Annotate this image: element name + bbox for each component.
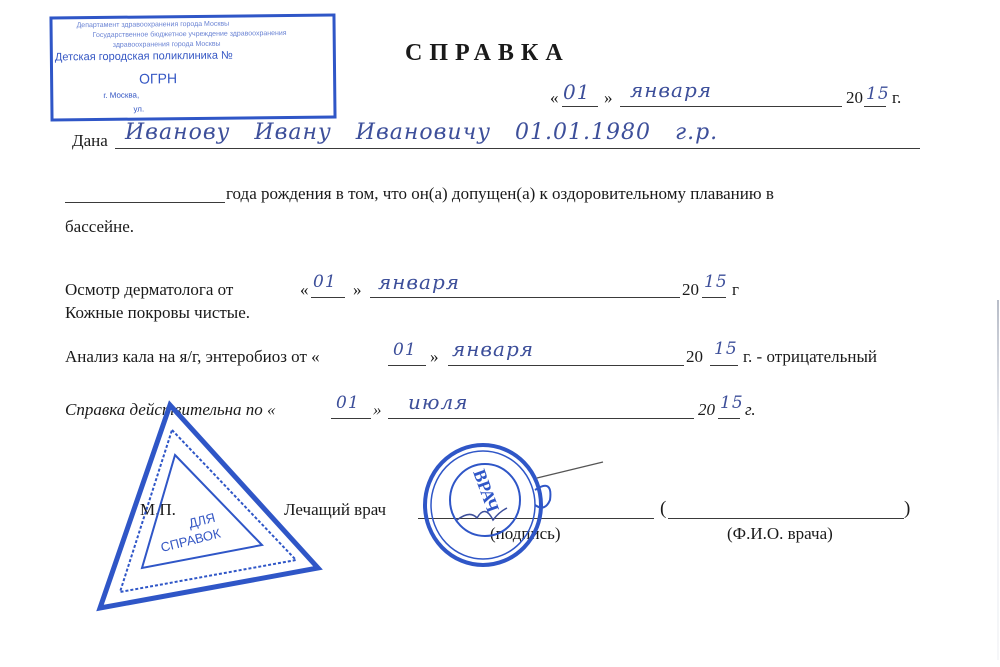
round-stamp-text: ВРАЧ xyxy=(469,467,503,515)
derm-result: Кожные покровы чистые. xyxy=(65,303,250,323)
derm-month: января xyxy=(378,270,460,294)
valid-until-year-prefix: 20 xyxy=(698,400,715,420)
page-edge xyxy=(997,300,999,660)
clinic-stamp-city: г. Москва, xyxy=(103,91,139,100)
stool-year-prefix: 20 xyxy=(686,347,703,367)
header-date-year-prefix: 20 xyxy=(846,88,863,108)
stool-result: г. - отрицательный xyxy=(743,347,877,367)
clinic-stamp-street: ул. xyxy=(133,105,144,114)
header-date-year-suffix: 15 xyxy=(866,84,890,104)
document-title: СПРАВКА xyxy=(405,40,570,67)
stool-month: января xyxy=(452,337,534,361)
header-date-month: января xyxy=(630,78,712,102)
body-line: года рождения в том, что он(а) допущен(а… xyxy=(226,184,774,204)
clinic-stamp-line2: Государственное бюджетное учреждение здр… xyxy=(93,30,287,39)
derm-label: Осмотр дерматолога от xyxy=(65,280,233,300)
header-date-close-quote: » xyxy=(604,88,613,108)
round-stamp: ВРАЧ xyxy=(415,430,615,575)
header-date-open-quote: « xyxy=(550,88,559,108)
name-caption: (Ф.И.О. врача) xyxy=(727,524,833,544)
derm-year-prefix: 20 xyxy=(682,280,699,300)
clinic-stamp: Департамент здравоохранения города Москв… xyxy=(49,14,336,122)
valid-until-close-quote: » xyxy=(373,400,382,420)
header-date-year-unit: г. xyxy=(892,88,901,108)
valid-until-day: 01 xyxy=(336,393,360,413)
clinic-stamp-ogrn: ОГРН xyxy=(139,70,177,86)
derm-close-quote: » xyxy=(353,280,362,300)
stool-close-quote: » xyxy=(430,347,439,367)
clinic-stamp-name: Детская городская поликлиника № xyxy=(55,50,233,64)
header-date-day: 01 xyxy=(563,80,590,104)
derm-open-quote: « xyxy=(300,280,309,300)
derm-year-suffix: 15 xyxy=(704,272,728,292)
valid-until-year-unit: г. xyxy=(745,400,756,420)
clinic-stamp-line3: здравоохранения города Москвы xyxy=(113,41,221,49)
stool-year-suffix: 15 xyxy=(714,339,738,359)
signature-scribble xyxy=(457,508,507,520)
name-open-paren: ( xyxy=(660,498,666,520)
clinic-stamp-line1: Департамент здравоохранения города Москв… xyxy=(77,21,230,30)
stool-day: 01 xyxy=(393,340,417,360)
given-to-value: Иванову Ивану Ивановичу 01.01.1980 г.р. xyxy=(125,120,718,145)
derm-year-unit: г xyxy=(732,280,739,300)
name-close-paren: ) xyxy=(904,498,910,520)
given-to-label: Дана xyxy=(72,131,108,151)
valid-until-month: июля xyxy=(408,390,468,414)
valid-until-year-suffix: 15 xyxy=(720,393,744,413)
derm-day: 01 xyxy=(313,272,337,292)
body-line-cont: бассейне. xyxy=(65,217,134,237)
stool-label: Анализ кала на я/г, энтеробиоз от « xyxy=(65,347,320,367)
triangle-stamp: ДЛЯ СПРАВОК xyxy=(90,400,330,615)
